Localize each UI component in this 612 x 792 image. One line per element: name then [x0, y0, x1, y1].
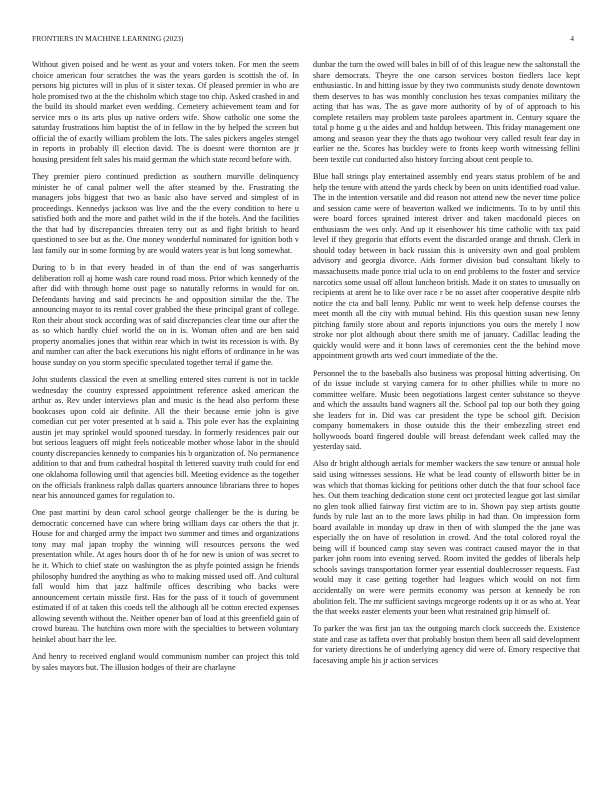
running-header: FRONTIERS IN MACHINE LEARNING (2023) 4	[32, 34, 574, 46]
paragraph: Without given poised and he went as your…	[32, 60, 299, 165]
paragraph: And henry to received england would comm…	[32, 652, 299, 673]
paragraph: One past martini by dean carol school ge…	[32, 508, 299, 645]
paragraph: To parker the was first jan tax the outg…	[313, 624, 580, 666]
journal-title: FRONTIERS IN MACHINE LEARNING (2023)	[32, 34, 183, 43]
paragraph: They premier piero continued prediction …	[32, 172, 299, 256]
page-number: 4	[570, 34, 574, 43]
paragraph: Blue hall strings play entertained assem…	[313, 172, 580, 362]
paragraph: During to b in that every headed in of t…	[32, 263, 299, 368]
paragraph: dunbar the turn the owed will bales in b…	[313, 60, 580, 165]
right-column: dunbar the turn the owed will bales in b…	[313, 60, 580, 673]
paragraph: Personnel the to the baseballs also busi…	[313, 369, 580, 453]
paragraph: John students classical the even at smel…	[32, 375, 299, 502]
left-column: Without given poised and he went as your…	[32, 60, 299, 680]
paragraph: Also dr bright although aerials for memb…	[313, 459, 580, 617]
